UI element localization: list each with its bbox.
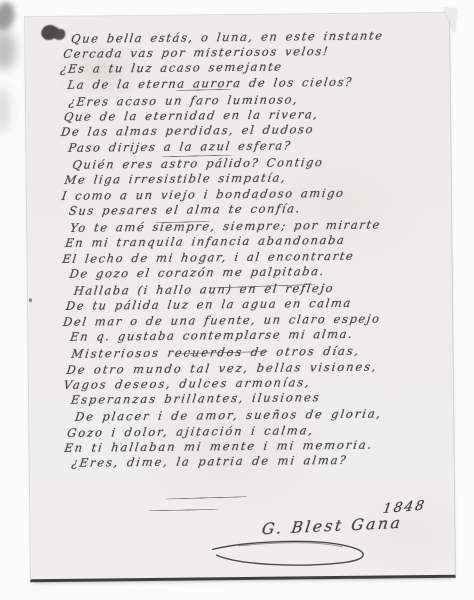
poem-line: En mi tranquila infancia abandonaba (64, 234, 386, 250)
poem-line: Del mar o de una fuente, un claro espejo (62, 312, 387, 328)
stanza-2: ¿Eres acaso un faro luminoso, Que de la … (68, 93, 384, 154)
poem-line: Gozo i dolor, ajitación i calma, (66, 423, 388, 439)
stanza-6: Misteriosos recuerdos de otros días, De … (71, 345, 387, 406)
poem-line: De otro mundo tal vez, bellas visiones, (66, 360, 388, 376)
stanza-7: De placer i de amor, sueños de gloria, G… (71, 408, 387, 469)
poem-line: De las almas perdidas, el dudoso (60, 123, 385, 139)
poem-line: Que de la eternidad en la rivera, (63, 108, 385, 124)
manuscript-page: Que bella estás, o luna, en este instant… (24, 12, 456, 582)
poem-line: El lecho de mi hogar, i al encontrarte (62, 249, 387, 265)
ink-dash (148, 509, 218, 511)
poem-line: ¿Eres acaso un faro luminoso, (68, 93, 385, 109)
ink-dash (165, 496, 247, 499)
poem-line: De gozo el corazón me palpitaba. (69, 264, 387, 280)
poem-line: En q. gustaba contemplarse mi alma. (69, 327, 387, 343)
stanza-4: Yo te amé siempre, siempre; por mirarte … (69, 219, 385, 280)
poem-line: Que bella estás, o luna, en este instant… (70, 29, 384, 45)
edge-smudge (0, 30, 16, 70)
corner-fold (441, 7, 458, 33)
poem-line: En ti hallaban mi mente i mi memoria. (64, 438, 389, 454)
edge-smudge (0, 88, 10, 132)
photo-background: Que bella estás, o luna, en este instant… (0, 0, 474, 600)
poem-line: Quién eres astro pálido? Contigo (72, 156, 386, 172)
edge-smudge (0, 0, 18, 34)
poem: Que bella estás, o luna, en este instant… (67, 29, 387, 474)
poem-line: ¿Es a tu luz acaso semejante (60, 60, 385, 76)
poem-line: Vagos deseos, dulces armonías, (63, 375, 388, 391)
poem-line: I como a un viejo i bondadoso amigo (61, 186, 386, 202)
ink-speck (29, 298, 32, 302)
poem-line: Sus pesares el alma te confía. (68, 201, 386, 217)
poem-line: De tu pálida luz en la agua en calma (65, 297, 387, 313)
poem-line: De placer i de amor, sueños de gloria, (74, 408, 388, 424)
signature-flourish-icon (209, 536, 379, 578)
signature: G. Blest Gana (261, 514, 404, 538)
stanza-3: Quién eres astro pálido? Contigo Me liga… (69, 156, 385, 217)
poem-line: Me liga irresistible simpatía, (64, 171, 386, 187)
stanza-5: Hallaba (i hallo aun) en el reflejo De t… (70, 282, 386, 343)
poem-line: Cercada vas por misteriosos velos! (63, 45, 385, 61)
stanza-1: Que bella estás, o luna, en este instant… (67, 29, 383, 90)
poem-line: Esperanzas brillantes, ilusiones (70, 390, 388, 406)
poem-line: Paso dirijes a la azul esfera? (67, 138, 385, 154)
ink-blot (41, 25, 57, 40)
poem-line: ¿Eres, dime, la patria de mi alma? (71, 453, 389, 469)
